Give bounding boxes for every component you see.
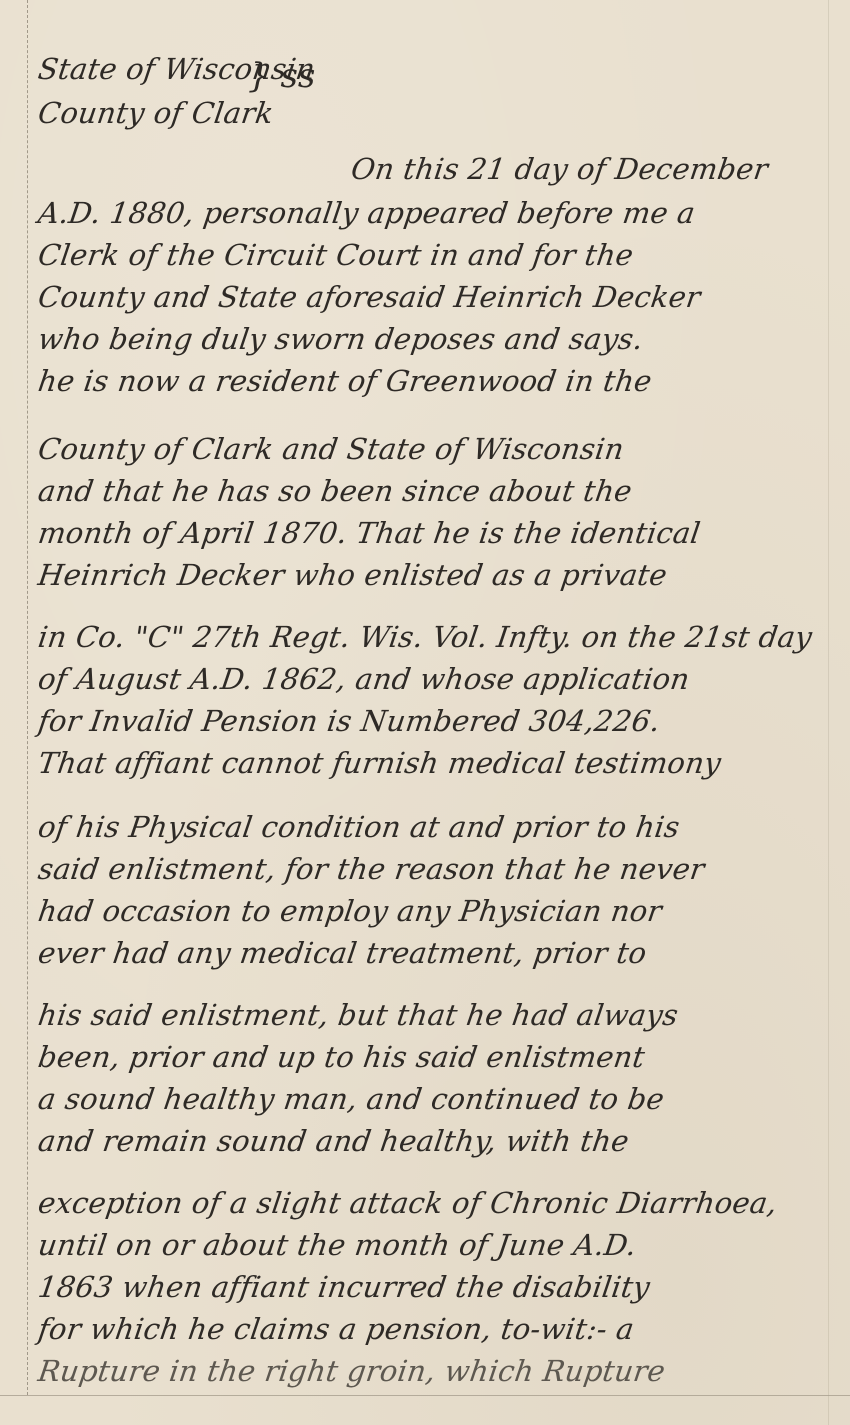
bottom-rule bbox=[0, 1395, 850, 1396]
body-line: and that he has so been since about the bbox=[36, 474, 634, 508]
body-line: of his Physical condition at and prior t… bbox=[36, 810, 682, 844]
page-edge bbox=[828, 0, 829, 1425]
body-line: in Co. "C" 27th Regt. Wis. Vol. Infty. o… bbox=[36, 620, 814, 654]
body-line: a sound healthy man, and continued to be bbox=[36, 1082, 666, 1116]
body-line: said enlistment, for the reason that he … bbox=[36, 852, 707, 886]
body-line: County of Clark and State of Wisconsin bbox=[36, 432, 626, 466]
body-line: Clerk of the Circuit Court in and for th… bbox=[36, 238, 636, 272]
body-line: of August A.D. 1862, and whose applicati… bbox=[36, 662, 692, 696]
body-line: exception of a slight attack of Chronic … bbox=[36, 1186, 779, 1220]
body-line: until on or about the month of June A.D. bbox=[36, 1228, 639, 1262]
ss-bracket: } ss bbox=[248, 56, 315, 96]
document-page: State of Wisconsin County of Clark } ss … bbox=[0, 0, 850, 1425]
body-line: A.D. 1880, personally appeared before me… bbox=[36, 196, 697, 230]
body-line: his said enlistment, but that he had alw… bbox=[36, 998, 680, 1032]
body-line: had occasion to employ any Physician nor bbox=[36, 894, 664, 928]
body-line: ever had any medical treatment, prior to bbox=[36, 936, 649, 970]
body-line: month of April 1870. That he is the iden… bbox=[36, 516, 702, 550]
body-line: for Invalid Pension is Numbered 304,226. bbox=[36, 704, 662, 738]
body-line: 1863 when affiant incurred the disabilit… bbox=[36, 1270, 652, 1304]
body-line: been, prior and up to his said enlistmen… bbox=[36, 1040, 647, 1074]
body-line: That affiant cannot furnish medical test… bbox=[36, 746, 723, 780]
body-line: and remain sound and healthy, with the bbox=[36, 1124, 631, 1158]
left-margin-line bbox=[27, 0, 28, 1395]
body-line: he is now a resident of Greenwood in the bbox=[36, 364, 654, 398]
body-line: who being duly sworn deposes and says. bbox=[36, 322, 645, 356]
body-line: Rupture in the right groin, which Ruptur… bbox=[36, 1354, 667, 1388]
venue-county: County of Clark bbox=[36, 96, 276, 130]
body-line: for which he claims a pension, to-wit:- … bbox=[36, 1312, 636, 1346]
body-line: On this 21 day of December bbox=[349, 152, 770, 186]
body-line: Heinrich Decker who enlisted as a privat… bbox=[36, 558, 669, 592]
body-line: County and State aforesaid Heinrich Deck… bbox=[36, 280, 703, 314]
